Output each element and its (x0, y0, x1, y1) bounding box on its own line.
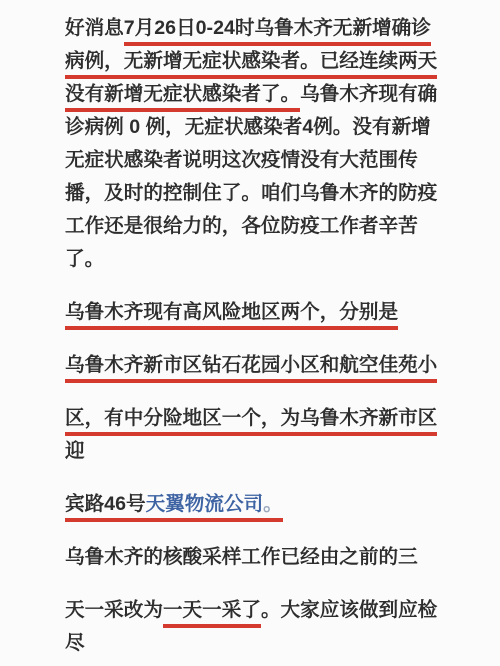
highlighted-text: 区，有中分险地区一个，为乌鲁木齐新市区 (65, 407, 437, 436)
article-body: 好消息7月26日0-24时乌鲁木齐无新增确诊病例，无新增无症状感染者。已经连续两… (0, 0, 500, 666)
paragraph-sampling-frequency: 天一采改为一天一采了。大家应该做到应检尽 (65, 594, 439, 660)
paragraph-nucleic-acid-sampling: 乌鲁木齐的核酸采样工作已经由之前的三 (65, 541, 439, 574)
paragraph-address-link: 宾路46号天翼物流公司。 (65, 488, 439, 521)
text-segment: 迎 (65, 440, 85, 462)
highlighted-text: 一天一采了 (163, 599, 261, 628)
text-segment: 天一采改为 (65, 599, 163, 621)
text-segment: 乌鲁木齐现有确诊病例 0 例，无症状感染者4例。没有新增无症状感染者说明这次疫情… (65, 83, 437, 270)
highlighted-text: 乌鲁木齐新市区钻石花园小区和航空佳苑小 (65, 354, 437, 383)
highlighted-text: 乌鲁木齐现有高风险地区两个，分别是 (65, 301, 398, 330)
text-segment: 好消息 (65, 17, 124, 39)
text-segment: 乌鲁木齐的核酸采样工作已经由之前的三 (65, 546, 418, 568)
paragraph-high-risk-intro: 乌鲁木齐现有高风险地区两个，分别是 (65, 296, 439, 329)
text-segment-period: 。 (263, 493, 283, 522)
link-tianyi-logistics[interactable]: 天翼物流公司 (146, 493, 264, 522)
paragraph-high-risk-areas: 乌鲁木齐新市区钻石花园小区和航空佳苑小 (65, 349, 439, 382)
paragraph-case-summary: 好消息7月26日0-24时乌鲁木齐无新增确诊病例，无新增无症状感染者。已经连续两… (65, 12, 439, 276)
paragraph-medium-risk-area: 区，有中分险地区一个，为乌鲁木齐新市区迎 (65, 402, 439, 468)
highlighted-text: 宾路46号 (65, 493, 146, 522)
